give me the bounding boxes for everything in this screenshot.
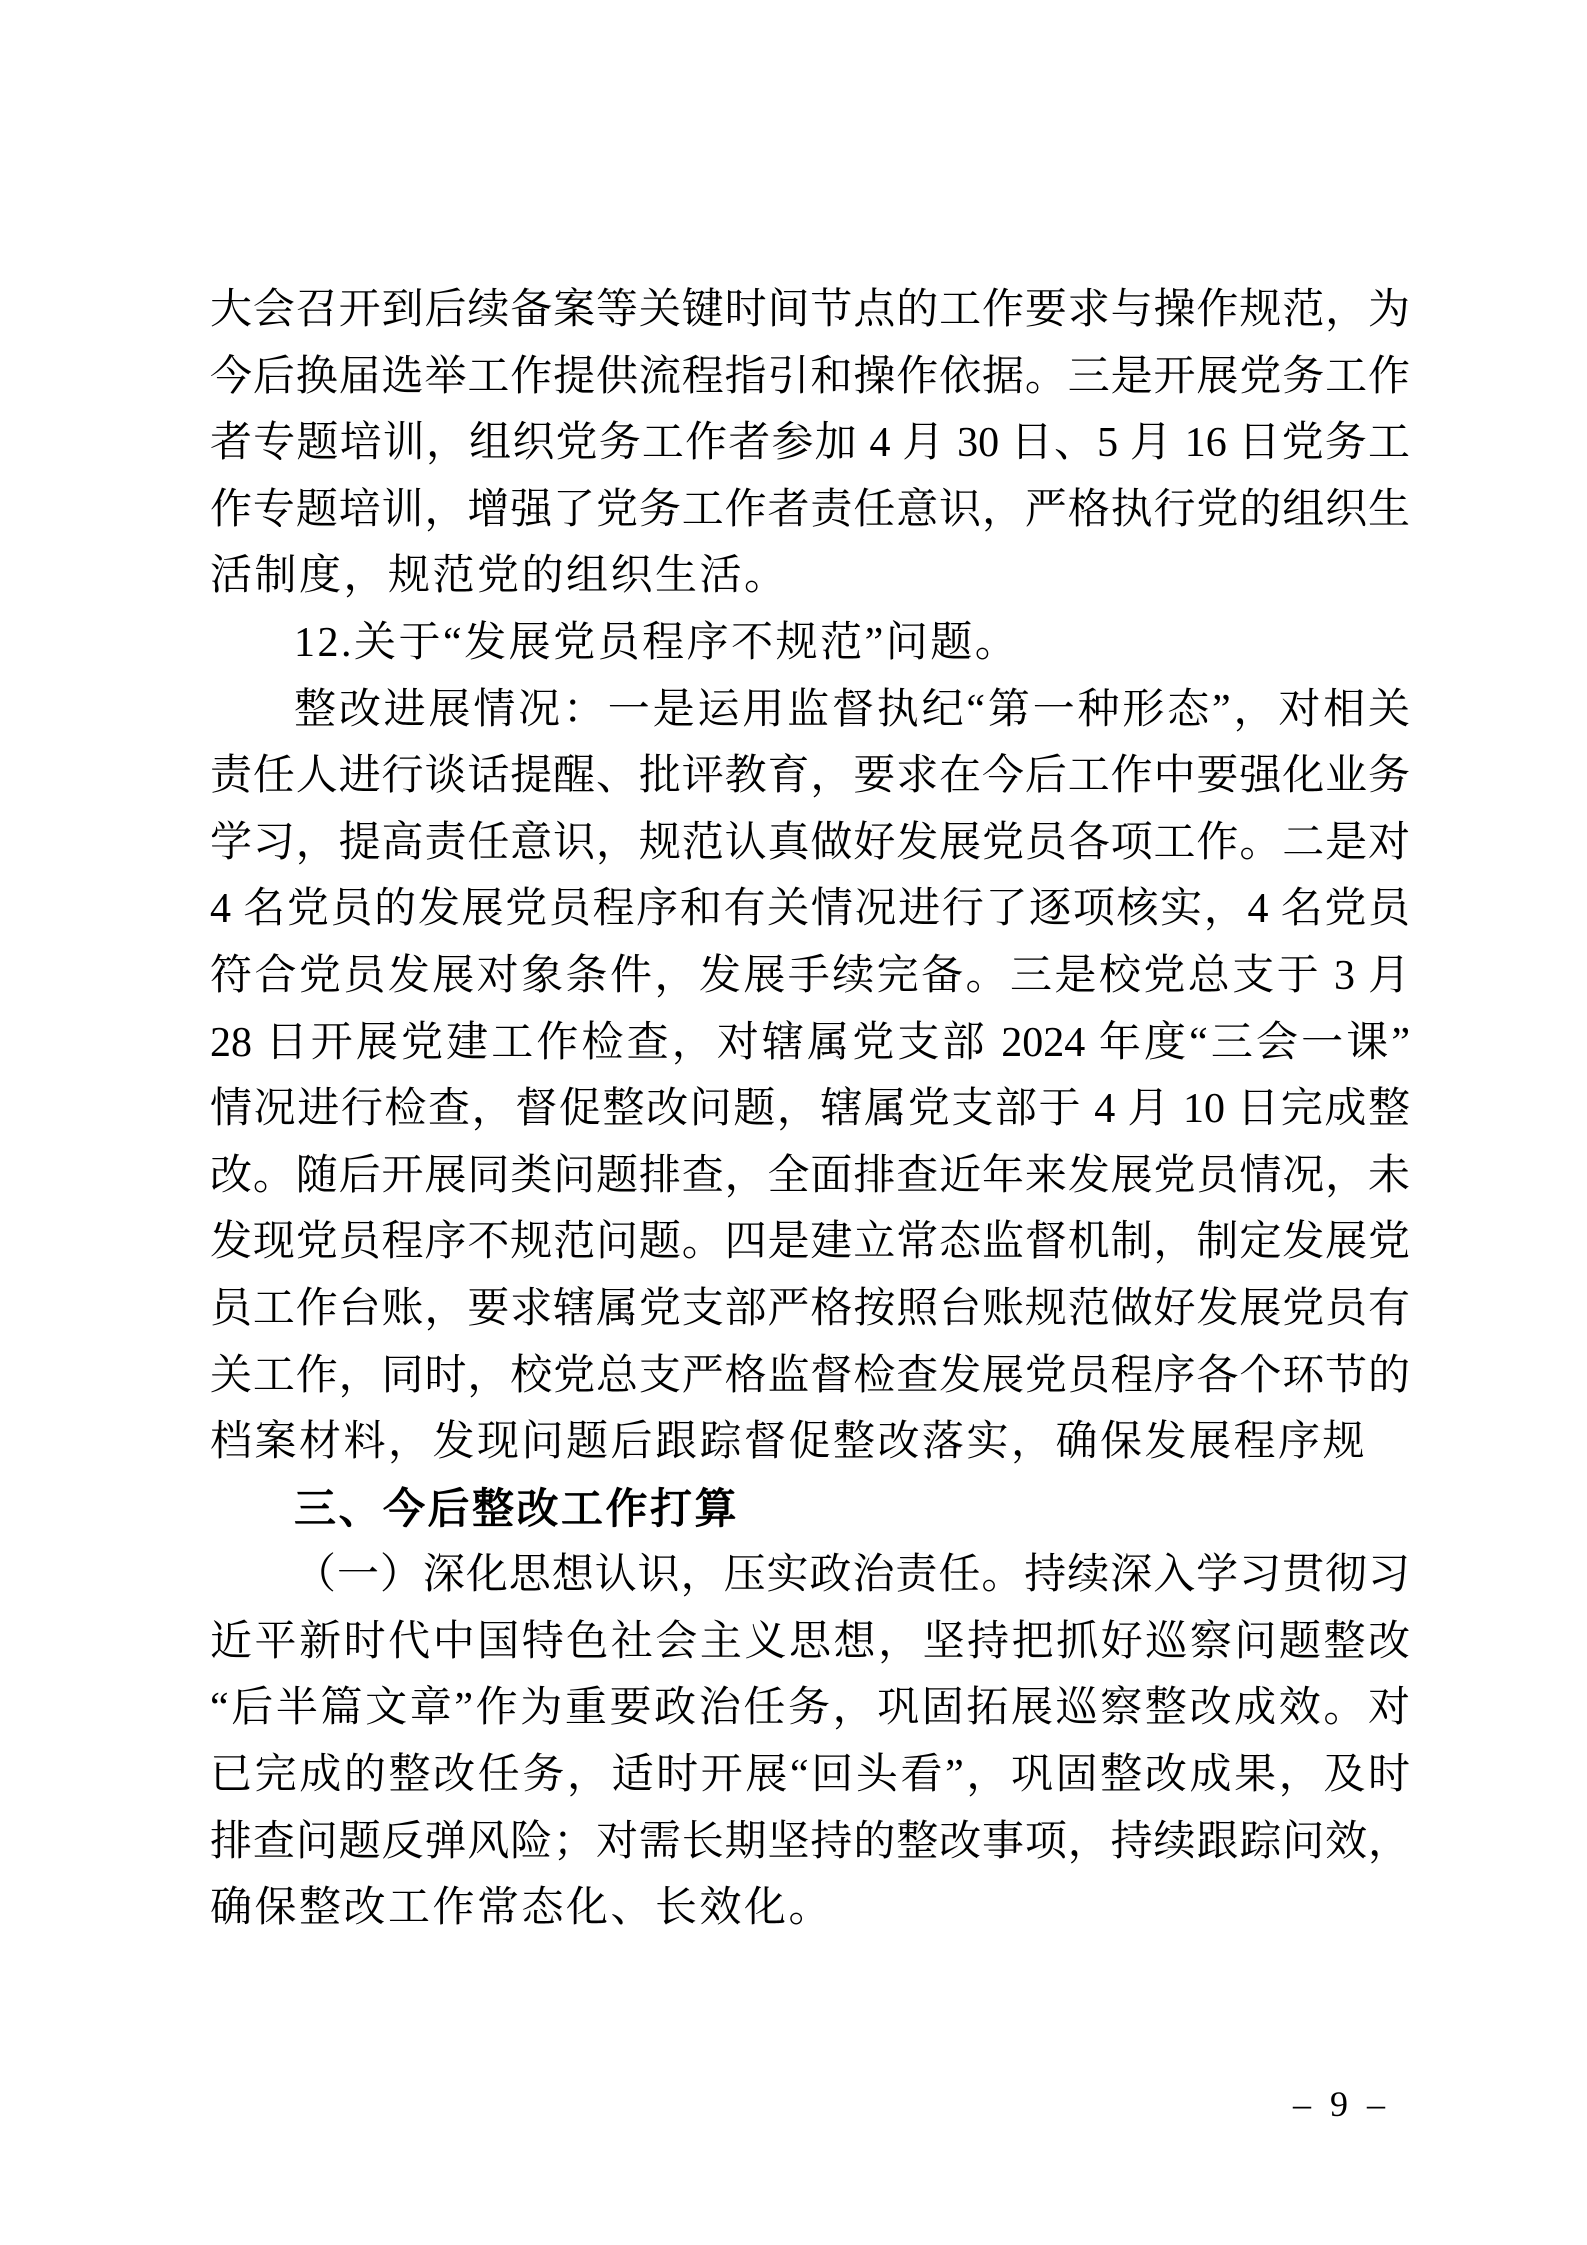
text-line: 12.关于“发展党员程序不规范”问题。 (210, 610, 1410, 677)
text-line: 改。随后开展同类问题排查，全面排查近年来发展党员情况，未 (210, 1143, 1410, 1210)
text-line: 情况进行检查，督促整改问题，辖属党支部于 4 月 10 日完成整 (210, 1076, 1410, 1143)
text-line: 28 日开展党建工作检查，对辖属党支部 2024 年度“三会一课” (210, 1010, 1410, 1077)
document-body: 大会召开到后续备案等关键时间节点的工作要求与操作规范，为今后换届选举工作提供流程… (210, 277, 1410, 1942)
text-line: 今后换届选举工作提供流程指引和操作依据。三是开展党务工作 (210, 344, 1410, 411)
text-line: 者专题培训，组织党务工作者参加 4 月 30 日、5 月 16 日党务工 (210, 410, 1410, 477)
text-line: 学习，提高责任意识，规范认真做好发展党员各项工作。二是对 (210, 810, 1410, 877)
text-line: 大会召开到后续备案等关键时间节点的工作要求与操作规范，为 (210, 277, 1410, 344)
section-heading-future-rectification-plan: 三、今后整改工作打算 (210, 1476, 1410, 1543)
text-line: 档案材料，发现问题后跟踪督促整改落实，确保发展程序规范。 (210, 1409, 1410, 1476)
paragraph-rectification-progress: 整改进展情况：一是运用监督执纪“第一种形态”，对相关责任人进行谈话提醒、批评教育… (210, 677, 1410, 1476)
text-line: 整改进展情况：一是运用监督执纪“第一种形态”，对相关 (210, 677, 1410, 744)
text-line: 4 名党员的发展党员程序和有关情况进行了逐项核实，4 名党员 (210, 876, 1410, 943)
paragraph-plan-item-1: （一）深化思想认识，压实政治责任。持续深入学习贯彻习近平新时代中国特色社会主义思… (210, 1542, 1410, 1942)
text-line: 关工作，同时，校党总支严格监督检查发展党员程序各个环节的 (210, 1343, 1410, 1410)
text-line: （一）深化思想认识，压实政治责任。持续深入学习贯彻习 (210, 1542, 1410, 1609)
page-number: – 9 – (1293, 2084, 1390, 2124)
text-line: 确保整改工作常态化、长效化。 (210, 1875, 1410, 1942)
text-line: 排查问题反弹风险；对需长期坚持的整改事项，持续跟踪问效， (210, 1809, 1410, 1876)
text-line: 近平新时代中国特色社会主义思想，坚持把抓好巡察问题整改 (210, 1609, 1410, 1676)
text-line: 发现党员程序不规范问题。四是建立常态监督机制，制定发展党 (210, 1209, 1410, 1276)
paragraph-item-12-title: 12.关于“发展党员程序不规范”问题。 (210, 610, 1410, 677)
text-line: 符合党员发展对象条件，发展手续完备。三是校党总支于 3 月 (210, 943, 1410, 1010)
text-line: 已完成的整改任务，适时开展“回头看”，巩固整改成果，及时 (210, 1742, 1410, 1809)
paragraph-continued-from-previous-page: 大会召开到后续备案等关键时间节点的工作要求与操作规范，为今后换届选举工作提供流程… (210, 277, 1410, 610)
text-line: 员工作台账，要求辖属党支部严格按照台账规范做好发展党员有 (210, 1276, 1410, 1343)
text-line: 活制度，规范党的组织生活。 (210, 543, 1410, 610)
text-line: 作专题培训，增强了党务工作者责任意识，严格执行党的组织生 (210, 477, 1410, 544)
text-line: “后半篇文章”作为重要政治任务，巩固拓展巡察整改成效。对 (210, 1675, 1410, 1742)
document-page: 大会召开到后续备案等关键时间节点的工作要求与操作规范，为今后换届选举工作提供流程… (0, 0, 1587, 2245)
text-line: 三、今后整改工作打算 (210, 1476, 1410, 1543)
text-line: 责任人进行谈话提醒、批评教育，要求在今后工作中要强化业务 (210, 743, 1410, 810)
